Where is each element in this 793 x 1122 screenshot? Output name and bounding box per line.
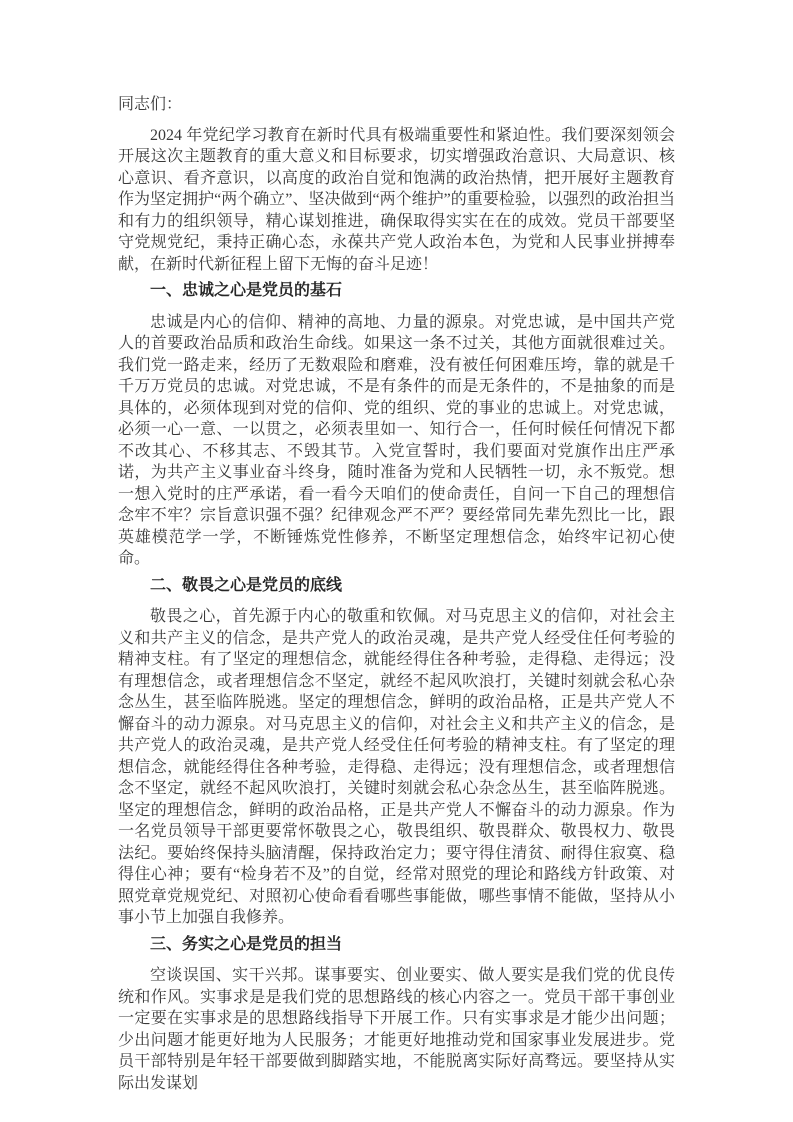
section-heading-loyalty: 一、忠诚之心是党员的基石 (118, 280, 675, 302)
paragraph-section-loyalty: 忠诚是内心的信仰、精神的高地、力量的源泉。对党忠诚，是中国共产党人的首要政治品质… (118, 312, 675, 570)
paragraph-intro: 2024 年党纪学习教育在新时代具有极端重要性和紧迫性。我们要深刻领会开展这次主… (118, 125, 675, 276)
paragraph-section-reverence: 敬畏之心，首先源于内心的敬重和钦佩。对马克思主义的信仰，对社会主义和共产主义的信… (118, 606, 675, 929)
section-heading-pragmatism: 三、务实之心是党员的担当 (118, 934, 675, 956)
paragraph-section-pragmatism: 空谈误国、实干兴邦。谋事要实、创业要实、做人要实是我们党的优良传统和作风。实事求… (118, 965, 675, 1094)
section-heading-reverence: 二、敬畏之心是党员的底线 (118, 575, 675, 597)
document-page: 同志们： 2024 年党纪学习教育在新时代具有极端重要性和紧迫性。我们要深刻领会… (0, 0, 793, 1122)
salutation: 同志们： (118, 94, 675, 116)
